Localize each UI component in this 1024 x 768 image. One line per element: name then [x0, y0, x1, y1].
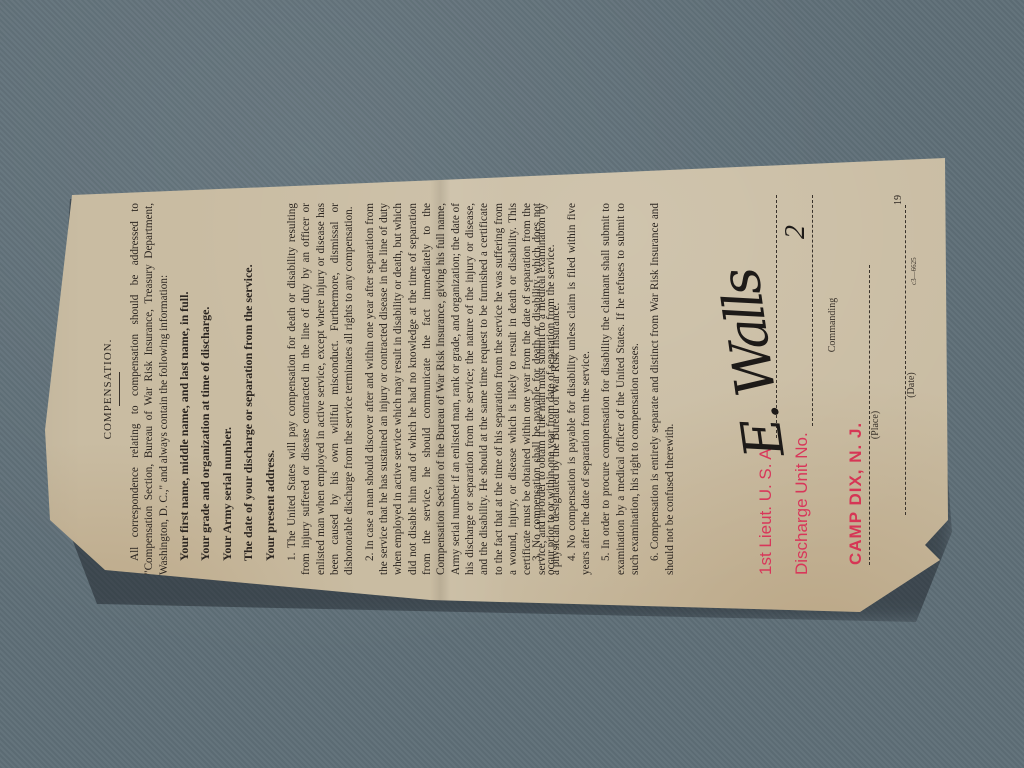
intro-paragraph: All correspondence relating to compensat… [128, 203, 171, 575]
commanding-label: Commanding [827, 195, 840, 455]
discharge-unit-field: 2 [794, 195, 813, 426]
rules-column-2: 3. No compensation shall be payable for … [530, 203, 683, 575]
required-info-grade: Your grade and organization at time of d… [198, 203, 213, 575]
discharge-unit-value: 2 [778, 225, 814, 239]
paragraph-6: 6. Compensation is entirely separate and… [648, 203, 677, 575]
date-line: 19 [893, 195, 906, 515]
signature-block: 1st Lieut. U. S. A. E. Walls Discharge U… [755, 195, 919, 575]
discharge-unit-label: Discharge Unit No. [791, 432, 813, 575]
place-label: (Place) [870, 275, 883, 575]
rank-stamp: 1st Lieut. U. S. A. [755, 444, 777, 575]
required-info-name: Your first name, middle name, and last n… [177, 203, 192, 575]
form-number: c3—6625 [910, 257, 919, 285]
required-info-discharge-date: The date of your discharge or separation… [241, 203, 256, 575]
paragraph-4: 4. No compensation is payable for disabi… [565, 203, 594, 575]
date-field [893, 205, 906, 515]
year-prefix: 19 [893, 195, 906, 205]
header-column: COMPENSATION. All correspondence relatin… [95, 203, 284, 575]
title-rule [119, 372, 120, 406]
handwritten-signature: E. Walls [705, 267, 799, 462]
paragraph-1: 1. The United States will pay compensati… [285, 203, 357, 575]
paragraph-5: 5. In order to procure compensation for … [599, 203, 642, 575]
place-stamp: CAMP DIX, N. J. [845, 195, 867, 565]
signature-field: E. Walls [758, 195, 777, 438]
officer-line: 1st Lieut. U. S. A. E. Walls [755, 195, 777, 575]
paragraph-3: 3. No compensation shall be payable for … [530, 203, 559, 575]
document-page: COMPENSATION. All correspondence relatin… [95, 195, 935, 585]
document-title: COMPENSATION. [101, 203, 115, 575]
rules-column-1: 1. The United States will pay compensati… [285, 203, 569, 575]
required-info-serial: Your Army serial number. [220, 203, 235, 575]
required-info-address: Your present address. [263, 203, 278, 575]
discharge-unit-line: Discharge Unit No. 2 [791, 195, 813, 575]
